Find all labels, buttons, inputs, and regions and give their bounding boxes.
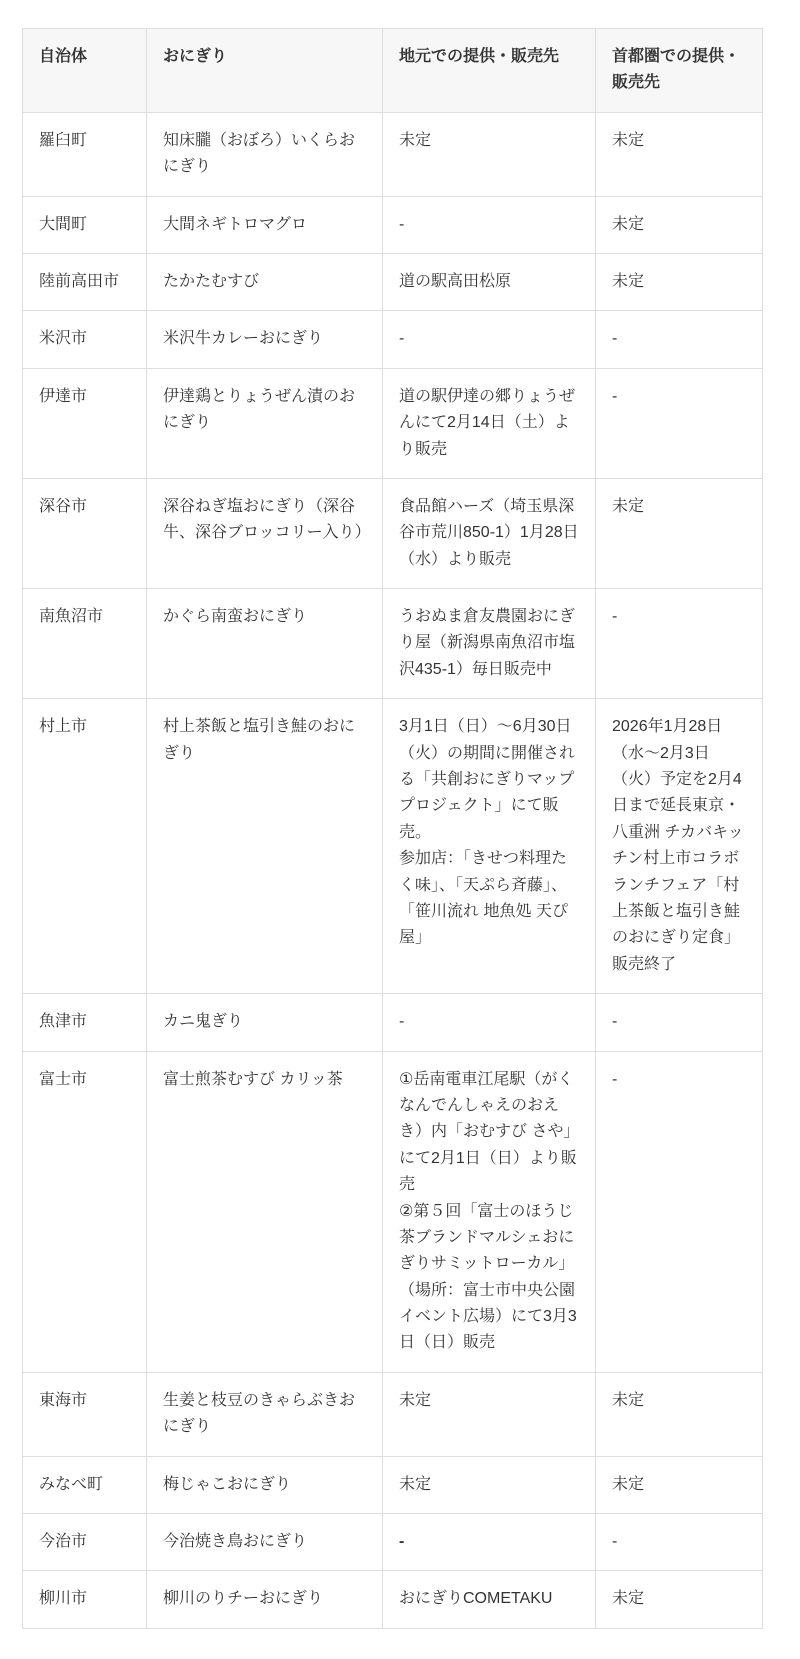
cell-municipality: みなべ町 <box>23 1456 147 1513</box>
cell-municipality: 大間町 <box>23 196 147 253</box>
cell-metro-sales: 未定 <box>596 253 763 310</box>
cell-onigiri: カニ鬼ぎり <box>147 994 383 1051</box>
table-row: 東海市 生姜と枝豆のきゃらぶきおにぎり 未定 未定 <box>23 1372 763 1456</box>
cell-local-sales: 食品館ハーズ（埼玉県深谷市荒川850-1）1月28日（水）より販売 <box>383 478 596 588</box>
cell-metro-sales: 未定 <box>596 478 763 588</box>
cell-local-sales: - <box>383 311 596 368</box>
cell-metro-sales: - <box>596 994 763 1051</box>
col-header-metro-sales: 首都圏での提供・販売先 <box>596 29 763 113</box>
cell-onigiri: 今治焼き鳥おにぎり <box>147 1514 383 1571</box>
page-container: 自治体 おにぎり 地元での提供・販売先 首都圏での提供・販売先 羅臼町 知床朧（… <box>0 0 800 1659</box>
cell-onigiri: 生姜と枝豆のきゃらぶきおにぎり <box>147 1372 383 1456</box>
table-row: 村上市 村上茶飯と塩引き鮭のおにぎり 3月1日（日）～6月30日（火）の期間に開… <box>23 699 763 994</box>
table-row: 米沢市 米沢牛カレーおにぎり - - <box>23 311 763 368</box>
cell-local-sales: - <box>383 196 596 253</box>
table-body: 羅臼町 知床朧（おぼろ）いくらおにぎり 未定 未定 大間町 大間ネギトロマグロ … <box>23 112 763 1628</box>
onigiri-sales-table: 自治体 おにぎり 地元での提供・販売先 首都圏での提供・販売先 羅臼町 知床朧（… <box>22 28 763 1629</box>
table-row: 南魚沼市 かぐら南蛮おにぎり うおぬま倉友農園おにぎり屋（新潟県南魚沼市塩沢43… <box>23 589 763 699</box>
cell-metro-sales: - <box>596 311 763 368</box>
cell-onigiri: 知床朧（おぼろ）いくらおにぎり <box>147 112 383 196</box>
col-header-municipality: 自治体 <box>23 29 147 113</box>
cell-municipality: 深谷市 <box>23 478 147 588</box>
cell-metro-sales: - <box>596 589 763 699</box>
cell-onigiri: 大間ネギトロマグロ <box>147 196 383 253</box>
cell-metro-sales: 2026年1月28日（水～2月3日（火）予定を2月4日まで延長東京・八重洲 チカ… <box>596 699 763 994</box>
cell-municipality: 今治市 <box>23 1514 147 1571</box>
cell-municipality: 東海市 <box>23 1372 147 1456</box>
col-header-local-sales: 地元での提供・販売先 <box>383 29 596 113</box>
cell-local-sales: - <box>383 1514 596 1571</box>
cell-municipality: 魚津市 <box>23 994 147 1051</box>
cell-municipality: 村上市 <box>23 699 147 994</box>
cell-municipality: 羅臼町 <box>23 112 147 196</box>
cell-onigiri: 梅じゃこおにぎり <box>147 1456 383 1513</box>
cell-onigiri: かぐら南蛮おにぎり <box>147 589 383 699</box>
cell-metro-sales: - <box>596 1051 763 1372</box>
cell-metro-sales: 未定 <box>596 1571 763 1628</box>
cell-local-sales: 道の駅伊達の郷りょうぜんにて2月14日（土）より販売 <box>383 368 596 478</box>
table-row: 柳川市 柳川のりチーおにぎり おにぎりCOMETAKU 未定 <box>23 1571 763 1628</box>
table-row: 伊達市 伊達鶏とりょうぜん漬のおにぎり 道の駅伊達の郷りょうぜんにて2月14日（… <box>23 368 763 478</box>
table-row: 今治市 今治焼き鳥おにぎり - - <box>23 1514 763 1571</box>
cell-municipality: 陸前高田市 <box>23 253 147 310</box>
header-row: 自治体 おにぎり 地元での提供・販売先 首都圏での提供・販売先 <box>23 29 763 113</box>
cell-onigiri: 米沢牛カレーおにぎり <box>147 311 383 368</box>
cell-local-sales: ①岳南電車江尾駅（がくなんでんしゃえのおえき）内「おむすび さや」にて2月1日（… <box>383 1051 596 1372</box>
cell-metro-sales: 未定 <box>596 196 763 253</box>
cell-local-sales: 道の駅高田松原 <box>383 253 596 310</box>
table-row: みなべ町 梅じゃこおにぎり 未定 未定 <box>23 1456 763 1513</box>
cell-onigiri: 柳川のりチーおにぎり <box>147 1571 383 1628</box>
table-row: 富士市 富士煎茶むすび カリッ茶 ①岳南電車江尾駅（がくなんでんしゃえのおえき）… <box>23 1051 763 1372</box>
cell-municipality: 米沢市 <box>23 311 147 368</box>
table-row: 陸前高田市 たかたむすび 道の駅高田松原 未定 <box>23 253 763 310</box>
cell-onigiri: 村上茶飯と塩引き鮭のおにぎり <box>147 699 383 994</box>
cell-onigiri: たかたむすび <box>147 253 383 310</box>
cell-municipality: 伊達市 <box>23 368 147 478</box>
cell-local-sales: 未定 <box>383 112 596 196</box>
table-row: 大間町 大間ネギトロマグロ - 未定 <box>23 196 763 253</box>
cell-local-sales: 3月1日（日）～6月30日（火）の期間に開催される「共創おにぎりマッププロジェク… <box>383 699 596 994</box>
cell-local-sales: - <box>383 994 596 1051</box>
cell-metro-sales: - <box>596 368 763 478</box>
cell-local-sales: おにぎりCOMETAKU <box>383 1571 596 1628</box>
table-header: 自治体 おにぎり 地元での提供・販売先 首都圏での提供・販売先 <box>23 29 763 113</box>
table-row: 魚津市 カニ鬼ぎり - - <box>23 994 763 1051</box>
table-row: 羅臼町 知床朧（おぼろ）いくらおにぎり 未定 未定 <box>23 112 763 196</box>
cell-metro-sales: - <box>596 1514 763 1571</box>
cell-onigiri: 伊達鶏とりょうぜん漬のおにぎり <box>147 368 383 478</box>
cell-municipality: 富士市 <box>23 1051 147 1372</box>
table-row: 深谷市 深谷ねぎ塩おにぎり（深谷牛、深谷ブロッコリー入り） 食品館ハーズ（埼玉県… <box>23 478 763 588</box>
cell-onigiri: 富士煎茶むすび カリッ茶 <box>147 1051 383 1372</box>
cell-local-sales: 未定 <box>383 1456 596 1513</box>
cell-local-sales: 未定 <box>383 1372 596 1456</box>
cell-municipality: 柳川市 <box>23 1571 147 1628</box>
cell-metro-sales: 未定 <box>596 1372 763 1456</box>
cell-municipality: 南魚沼市 <box>23 589 147 699</box>
cell-onigiri: 深谷ねぎ塩おにぎり（深谷牛、深谷ブロッコリー入り） <box>147 478 383 588</box>
cell-metro-sales: 未定 <box>596 112 763 196</box>
col-header-onigiri: おにぎり <box>147 29 383 113</box>
cell-local-sales: うおぬま倉友農園おにぎり屋（新潟県南魚沼市塩沢435-1）毎日販売中 <box>383 589 596 699</box>
cell-metro-sales: 未定 <box>596 1456 763 1513</box>
